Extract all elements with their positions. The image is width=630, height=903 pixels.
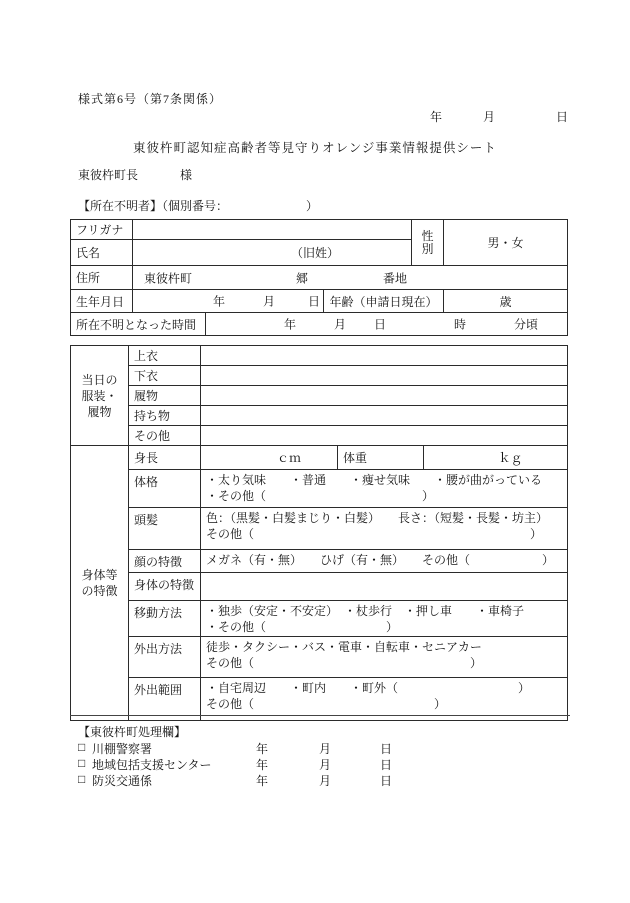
outing-method-label: 外出方法	[129, 637, 201, 678]
features-table: 当日の 服装・ 履物 上衣 下衣 履物 持ち物 その他 身体等 の特徴	[70, 345, 568, 721]
sex-value-cell: 男・女	[444, 220, 568, 266]
height-weight-row: 身体等 の特徴 身長 ｃｍ 体重 ｋｇ	[71, 446, 568, 470]
missing-time-value-cell: 年 月 日 時 分頃	[206, 313, 568, 336]
clothing-row-label: 持ち物	[129, 406, 201, 426]
address-town: 東彼杵町	[144, 269, 192, 286]
address-label: 住所	[71, 266, 133, 290]
address-value-cell: 東彼杵町 郷 番地	[133, 266, 568, 290]
processing-heading: 【東彼杵町処理欄】	[78, 723, 186, 740]
divider	[70, 715, 570, 716]
address-go: 郷	[296, 269, 308, 286]
maiden-name-cell: （旧姓）	[133, 240, 412, 266]
address-banchi: 番地	[383, 269, 407, 286]
age-label: 年齢（申請日現在）	[324, 290, 444, 313]
addressee-label: 東彼杵町長	[78, 168, 138, 182]
outing-method-options: 徒歩・タクシー・バス・電車・自転車・セニアカー その他（ ）	[201, 637, 568, 678]
body-features-row: 身体の特徴	[71, 573, 568, 601]
furigana-value-cell	[133, 220, 412, 240]
build-label: 体格	[129, 470, 201, 508]
furigana-row: フリガナ 性 別 男・女	[71, 220, 568, 240]
clothing-row: 持ち物	[71, 406, 568, 426]
age-unit: 歳	[444, 290, 568, 313]
checkbox-icon: □	[78, 740, 85, 755]
clothing-group-label: 当日の 服装・ 履物	[71, 346, 129, 446]
hair-options: 色：（黒髪・白髪まじり・白髪） 長さ：（短髪・長髪・坊主） その他（ ）	[201, 508, 568, 550]
body-group-label: 身体等 の特徴	[71, 446, 129, 721]
clothing-row-value	[201, 406, 568, 426]
missing-person-table: フリガナ 性 別 男・女 氏名 （旧姓） 住所 東彼杵町 郷 番地 生年月日 年…	[70, 219, 568, 336]
addressee: 東彼杵町長様	[78, 166, 192, 183]
clothing-row: 当日の 服装・ 履物 上衣	[71, 346, 568, 366]
furigana-label: フリガナ	[71, 220, 133, 240]
sex-label-cell: 性 別	[412, 220, 444, 266]
header-date-year: 年	[430, 108, 442, 125]
clothing-row: 履物	[71, 386, 568, 406]
processing-row-support-center: □ 地域包括支援センター 年 月 日	[78, 756, 548, 772]
mobility-row: 移動方法 ・独歩（安定・不安定） ・杖歩行 ・押し車 ・車椅子 ・その他（ ）	[71, 601, 568, 637]
address-row: 住所 東彼杵町 郷 番地	[71, 266, 568, 290]
processing-row-disaster-traffic: □ 防災交通係 年 月 日	[78, 772, 548, 788]
mobility-label: 移動方法	[129, 601, 201, 637]
header-date-day: 日	[556, 108, 568, 125]
clothing-row-value	[201, 366, 568, 386]
clothing-row: その他	[71, 426, 568, 446]
header-date-month: 月	[483, 108, 495, 125]
birthdate-value-cell: 年 月 日	[133, 290, 324, 313]
missing-person-heading: 【所在不明者】（個別番号： ）	[78, 197, 318, 214]
height-unit: ｃｍ	[201, 446, 338, 470]
mobility-options: ・独歩（安定・不安定） ・杖歩行 ・押し車 ・車椅子 ・その他（ ）	[201, 601, 568, 637]
body-features-label: 身体の特徴	[129, 573, 201, 601]
birthdate-row: 生年月日 年 月 日 年齢（申請日現在） 歳	[71, 290, 568, 313]
height-label: 身長	[129, 446, 201, 470]
checkbox-icon: □	[78, 756, 85, 771]
clothing-row-value	[201, 346, 568, 366]
processing-row-label: 防災交通係	[92, 772, 152, 789]
processing-row-label: 川棚警察署	[92, 740, 152, 757]
face-label: 顔の特徴	[129, 550, 201, 573]
clothing-row-label: 履物	[129, 386, 201, 406]
clothing-row-value	[201, 426, 568, 446]
checkbox-icon: □	[78, 772, 85, 787]
name-label: 氏名	[71, 240, 133, 266]
missing-time-row: 所在不明となった時間 年 月 日 時 分頃	[71, 313, 568, 336]
clothing-row-label: 下衣	[129, 366, 201, 386]
clothing-row-label: 上衣	[129, 346, 201, 366]
processing-row-label: 地域包括支援センター	[92, 756, 212, 773]
build-options: ・太り気味 ・普通 ・痩せ気味 ・腰が曲がっている ・その他（ ）	[201, 470, 568, 508]
addressee-honorific: 様	[180, 168, 192, 182]
form-page: 様式第6号（第7条関係） 年 月 日 東彼杵町認知症高齢者等見守りオレンジ事業情…	[0, 0, 630, 903]
outing-method-row: 外出方法 徒歩・タクシー・バス・電車・自転車・セニアカー その他（ ）	[71, 637, 568, 678]
form-number: 様式第6号（第7条関係）	[78, 90, 222, 107]
face-options: メガネ（有・無） ひげ（有・無） その他（ ）	[201, 550, 568, 573]
weight-label: 体重	[338, 446, 424, 470]
clothing-row-label: その他	[129, 426, 201, 446]
birthdate-label: 生年月日	[71, 290, 133, 313]
build-row: 体格 ・太り気味 ・普通 ・痩せ気味 ・腰が曲がっている ・その他（ ）	[71, 470, 568, 508]
clothing-row-value	[201, 386, 568, 406]
processing-row-police: □ 川棚警察署 年 月 日	[78, 740, 548, 756]
body-features-value	[201, 573, 568, 601]
face-row: 顔の特徴 メガネ（有・無） ひげ（有・無） その他（ ）	[71, 550, 568, 573]
hair-label: 頭髪	[129, 508, 201, 550]
weight-unit: ｋｇ	[424, 446, 568, 470]
hair-row: 頭髪 色：（黒髪・白髪まじり・白髪） 長さ：（短髪・長髪・坊主） その他（ ）	[71, 508, 568, 550]
missing-time-label: 所在不明となった時間	[71, 313, 206, 336]
page-title: 東彼杵町認知症高齢者等見守りオレンジ事業情報提供シート	[0, 138, 630, 156]
clothing-row: 下衣	[71, 366, 568, 386]
